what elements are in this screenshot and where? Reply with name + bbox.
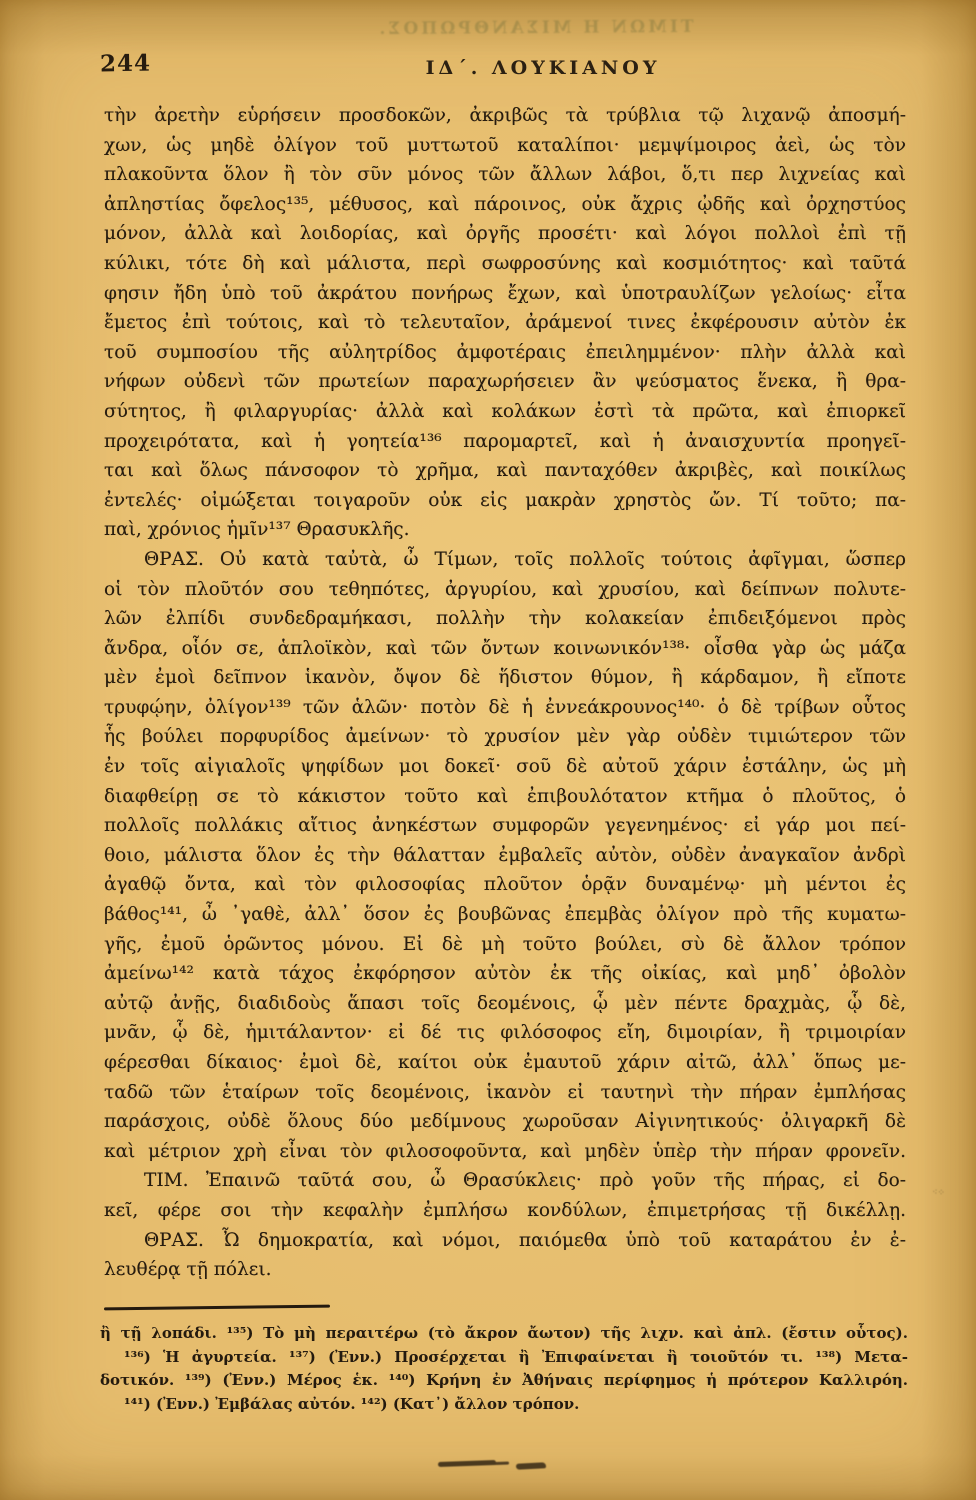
text-line-speaker-thras: ΘΡΑΣ. Ὦ δημοκρατία, καὶ νόμοι, παιόμεθα …: [104, 1226, 906, 1256]
text-line-speaker-tim: ΤΙΜ. Ἐπαινῶ ταῦτά σου, ὦ Θρασύκλεις· πρὸ…: [104, 1166, 906, 1196]
text-line: ται καὶ ὅλως πάνσοφον τὸ χρῆμα, καὶ παντ…: [104, 456, 906, 486]
page-header-title: ΙΔ´. ΛΟΥΚΙΑΝΟΥ: [0, 57, 976, 79]
text-line: βάθος¹⁴¹, ὦ ᾿γαθὲ, ἀλλ᾽ ὅσον ἐς βουβῶνας…: [104, 900, 906, 930]
text-line: ἀπληστίας ὄφελος¹³⁵, μέθυσος, καὶ πάροιν…: [104, 190, 906, 220]
bleed-through-title: ΤΙΜΩΝ Η ΜΙΣΑΝΘΡΩΠΟΣ.: [295, 16, 775, 39]
text-line: ἔμετος ἐπὶ τούτοις, καὶ τὸ τελευταῖον, ἀ…: [104, 308, 906, 338]
text-line: οἱ τὸν πλοῦτόν σου τεθηπότες, ἀργυρίου, …: [104, 575, 906, 605]
text-line: ταδῶ τῶν ἑταίρων τοῖς δεομένοις, ἱκανὸν …: [104, 1078, 906, 1108]
text-line: κύλικι, τότε δὴ καὶ μάλιστα, περὶ σωφροσ…: [104, 249, 906, 279]
ink-smudge-mark: [516, 1462, 546, 1470]
text-line: αὐτῷ ἀνῇς, διαδιδοὺς ἅπασι τοῖς δεομένοι…: [104, 989, 906, 1019]
text-line: κεῖ, φέρε σοι τὴν κεφαλὴν ἐμπλήσω κονδύλ…: [104, 1196, 906, 1226]
footnote-line: ¹⁴¹) (Ἐνν.) Ἐμβάλας αὐτόν. ¹⁴²) (Κατ᾽) ἄ…: [100, 1393, 908, 1417]
text-line: παράσχοις, οὐδὲ ὅλους δύο μεδίμνους χωρο…: [104, 1107, 906, 1137]
text-line: τοῦ συμποσίου τῆς αὐλητρίδος ἀμφοτέραις …: [104, 338, 906, 368]
text-line: λῶν ἐλπίδι συνδεδραμήκασι, πολλὴν τὴν κο…: [104, 604, 906, 634]
text-line: τὴν ἀρετὴν εὑρήσειν προσδοκῶν, ἀκριβῶς τ…: [104, 101, 906, 131]
text-line: σύτητος, ἢ φιλαργυρίας· ἀλλὰ καὶ κολάκων…: [104, 397, 906, 427]
body-text: τὴν ἀρετὴν εὑρήσειν προσδοκῶν, ἀκριβῶς τ…: [104, 101, 906, 1285]
footnotes: ἢ τῇ λοπάδι. ¹³⁵) Τὸ μὴ περαιτέρω (τὸ ἄκ…: [100, 1322, 908, 1416]
text-line: πλακοῦντα ὅλον ἢ τὸν σῦν μόνος τῶν ἄλλων…: [104, 160, 906, 190]
text-line: χων, ὡς μηδὲ ὀλίγον τοῦ μυττωτοῦ καταλίπ…: [104, 131, 906, 161]
text-line: μὲν ἐμοὶ δεῖπνον ἱκανὸν, ὄψον δὲ ἥδιστον…: [104, 663, 906, 693]
text-line: ἀμείνω¹⁴² κατὰ τάχος ἐκφόρησον αὐτὸν ἐκ …: [104, 959, 906, 989]
footnote-line: ¹³⁶) Ἡ ἀγυρτεία. ¹³⁷) (Ἐνν.) Προσέρχεται…: [100, 1346, 908, 1370]
text-line: πολλοῖς πολλάκις αἴτιος ἀνηκέστων συμφορ…: [104, 811, 906, 841]
text-line-speaker-thras: ΘΡΑΣ. Οὐ κατὰ ταὐτὰ, ὦ Τίμων, τοῖς πολλο…: [104, 545, 906, 575]
text-line: θοιο, μάλιστα ὅλον ἐς τὴν θάλατταν ἐμβαλ…: [104, 841, 906, 871]
text-line: λευθέρᾳ τῇ πόλει.: [104, 1255, 906, 1285]
footnote-line: ἢ τῇ λοπάδι. ¹³⁵) Τὸ μὴ περαιτέρω (τὸ ἄκ…: [100, 1322, 908, 1346]
text-line: ἐν τοῖς αἰγιαλοῖς ψηφίδων μοι δοκεῖ· σοῦ…: [104, 752, 906, 782]
text-line: ἧς βούλει πορφυρίδος ἀμείνων· τὸ χρυσίον…: [104, 722, 906, 752]
text-line: φέρεσθαι δίκαιος· ἐμοὶ δὲ, καίτοι οὐκ ἐμ…: [104, 1048, 906, 1078]
text-line: ἄνδρα, οἷόν σε, ἁπλοϊκὸν, καὶ τῶν ὄντων …: [104, 634, 906, 664]
text-line: φησιν ἤδη ὑπὸ τοῦ ἀκράτου πονήρως ἔχων, …: [104, 279, 906, 309]
text-line: ἀγαθῷ ὄντα, καὶ τὸν φιλοσοφίας πλοῦτον ὁ…: [104, 870, 906, 900]
text-line: προχειρότατα, καὶ ἡ γοητεία¹³⁶ παρομαρτε…: [104, 427, 906, 457]
text-line: τρυφῴην, ὀλίγον¹³⁹ τῶν ἁλῶν· ποτὸν δὲ ἡ …: [104, 693, 906, 723]
text-line: καὶ μέτριον χρὴ εἶναι τὸν φιλοσοφοῦντα, …: [104, 1137, 906, 1167]
margin-scribble-mark: ⁖⁘: [928, 1188, 946, 1241]
text-line: διαφθείρῃ σε τὸ κάκιστον τοῦτο καὶ ἐπιβο…: [104, 782, 906, 812]
book-page-scan: ΤΙΜΩΝ Η ΜΙΣΑΝΘΡΩΠΟΣ. 244 ΙΔ´. ΛΟΥΚΙΑΝΟΥ …: [0, 0, 976, 1500]
text-line: ἐντελές· οἰμώξεται τοιγαροῦν οὐκ εἰς μακ…: [104, 486, 906, 516]
text-line: μόνον, ἀλλὰ καὶ λοιδορίας, καὶ ὀργῆς προ…: [104, 219, 906, 249]
footnote-line: δοτικόν. ¹³⁹) (Ἐνν.) Μέρος ἑκ. ¹⁴⁰) Κρήν…: [100, 1369, 908, 1393]
text-line: μνᾶν, ᾧ δὲ, ἡμιτάλαντον· εἰ δέ τις φιλόσ…: [104, 1018, 906, 1048]
text-line: γῆς, ἐμοῦ ὁρῶντος μόνου. Εἰ δὲ μὴ τοῦτο …: [104, 930, 906, 960]
footnote-separator: [104, 1305, 330, 1311]
text-line: παὶ, χρόνιος ἡμῖν¹³⁷ Θρασυκλῆς.: [104, 515, 906, 545]
ink-smudge-mark: [438, 1460, 496, 1467]
text-line: νήφων οὐδενὶ τῶν πρωτείων παραχωρήσειεν …: [104, 367, 906, 397]
